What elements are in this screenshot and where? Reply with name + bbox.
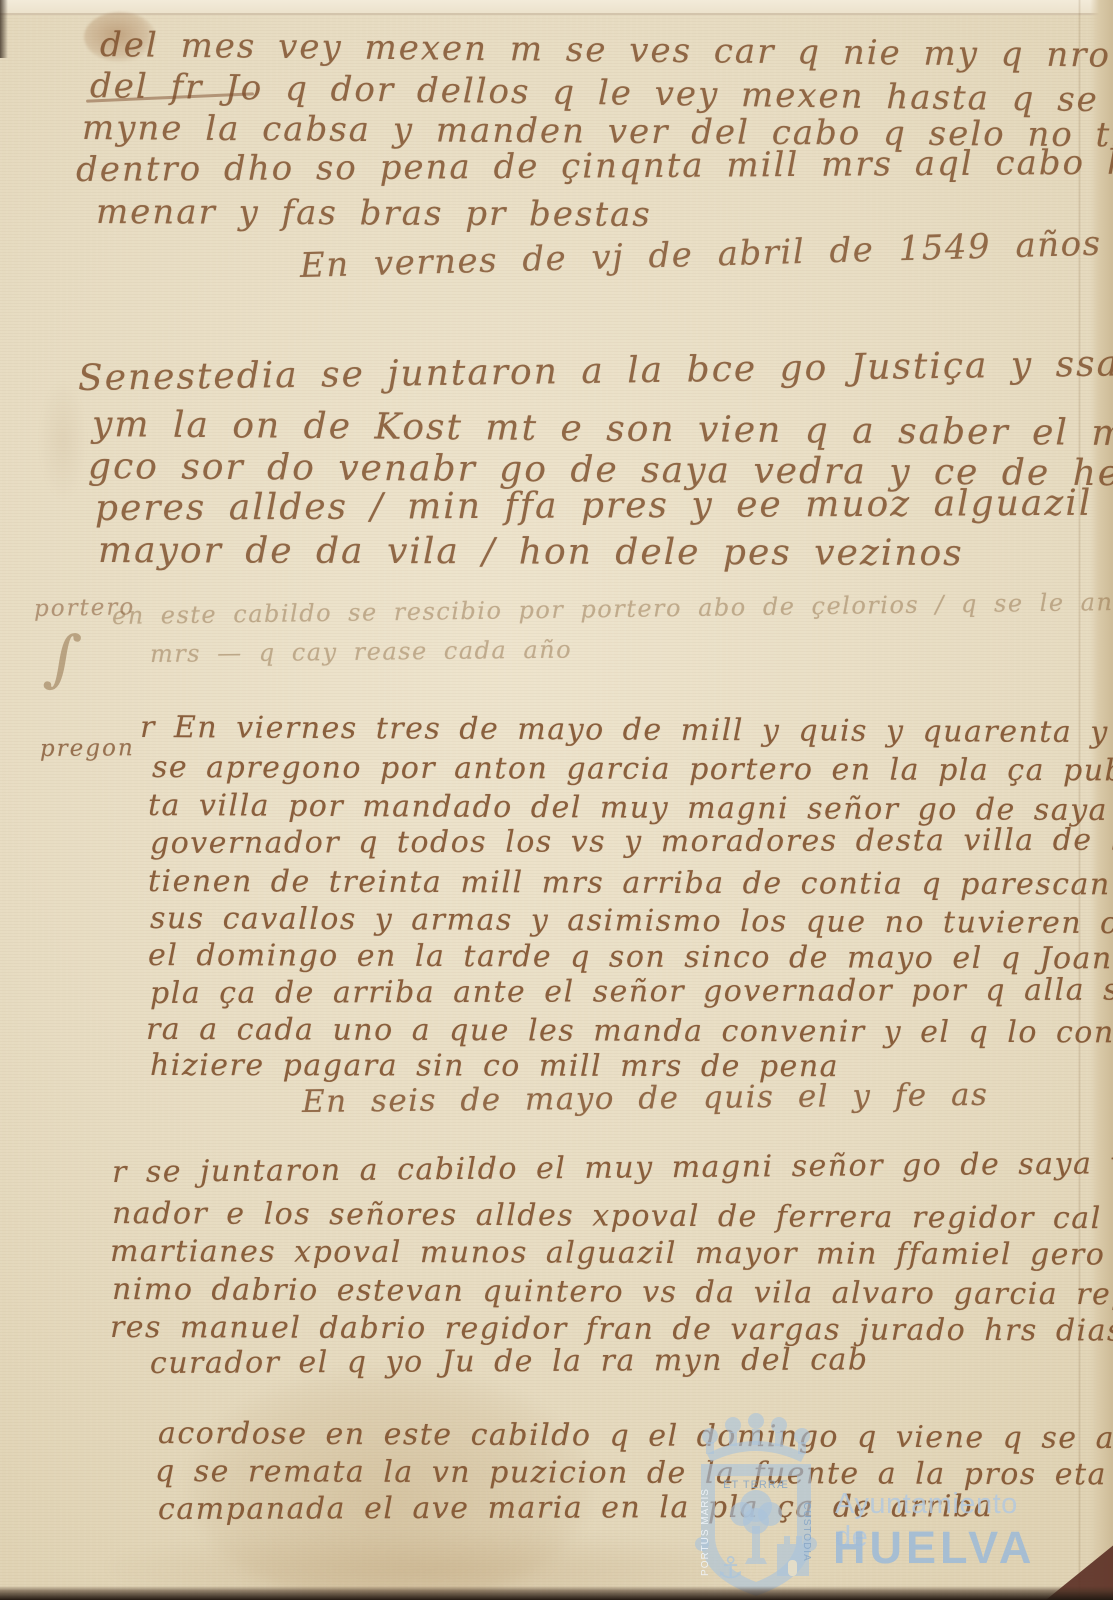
manuscript-line: dentro dho so pena de çinqnta mill mrs a…	[76, 142, 1113, 190]
crest-motto-right: CUSTODIA	[801, 1502, 812, 1562]
date-heading-may: En seis de mayo de quis el y fe as	[302, 1077, 989, 1120]
manuscript-line: pla ça de arriba ante el señor governado…	[150, 972, 1113, 1011]
manuscript-line: Senestedia se juntaron a la bce go Justi…	[78, 340, 1113, 399]
margin-note-pregon: pregon	[40, 735, 135, 762]
crest-motto-left: PORTUS MARIS	[700, 1488, 711, 1576]
manuscript-line: menar y fas bras pr bestas	[96, 192, 652, 235]
manuscript-page: del mes vey mexen m se ves car q nie my …	[0, 0, 1113, 1600]
page-edge-top	[0, 0, 1113, 15]
manuscript-line: r En viernes tres de mayo de mill y quis…	[140, 710, 1113, 751]
manuscript-line: tienen de treinta mill mrs arriba de con…	[148, 864, 1113, 903]
manuscript-line: se apregono por anton garcia portero en …	[152, 750, 1113, 789]
page-corner-shadow-topleft	[0, 0, 8, 58]
manuscript-line: nador e los señores alldes xpoval de fer…	[112, 1196, 1113, 1237]
watermark-org-line2: HUELVA	[833, 1522, 1035, 1574]
manuscript-line: el domingo en la tarde q son sinco de ma…	[148, 938, 1113, 977]
manuscript-line: governador q todos los vs y moradores de…	[150, 822, 1113, 861]
manuscript-line: peres alldes / min ffa pres y ee muoz al…	[95, 483, 1093, 529]
crown-icon	[702, 1413, 810, 1462]
tower-door	[788, 1560, 797, 1576]
huelva-crest-logo: ⚓ ET TERRÆ PORTUS MARIS CUSTODIA Ayuntam…	[693, 1402, 1045, 1600]
manuscript-line: curador el q yo Ju de la ra myn del cab	[150, 1342, 869, 1381]
book-edge-bottom	[0, 1586, 1113, 1600]
margin-flourish: ∫	[41, 620, 84, 698]
crest-motto-top: ET TERRÆ	[723, 1479, 789, 1491]
manuscript-line: nimo dabrio estevan quintero vs da vila …	[112, 1272, 1113, 1313]
manuscript-line: ra a cada uno a que les manda convenir y…	[146, 1012, 1113, 1051]
anchor-icon: ⚓	[717, 1551, 744, 1586]
manuscript-line: mrs — q cay rease cada año	[150, 636, 572, 668]
manuscript-line: martianes xpoval munos alguazil mayor mi…	[110, 1234, 1105, 1272]
manuscript-line: mayor de da vila / hon dele pes vezinos	[98, 530, 964, 574]
manuscript-line: sus cavallos y armas y asimismo los que …	[150, 901, 1113, 942]
manuscript-line: en este cabildo se rescibio por portero …	[112, 586, 1113, 630]
manuscript-line: r se juntaron a cabildo el muy magni señ…	[112, 1144, 1113, 1190]
